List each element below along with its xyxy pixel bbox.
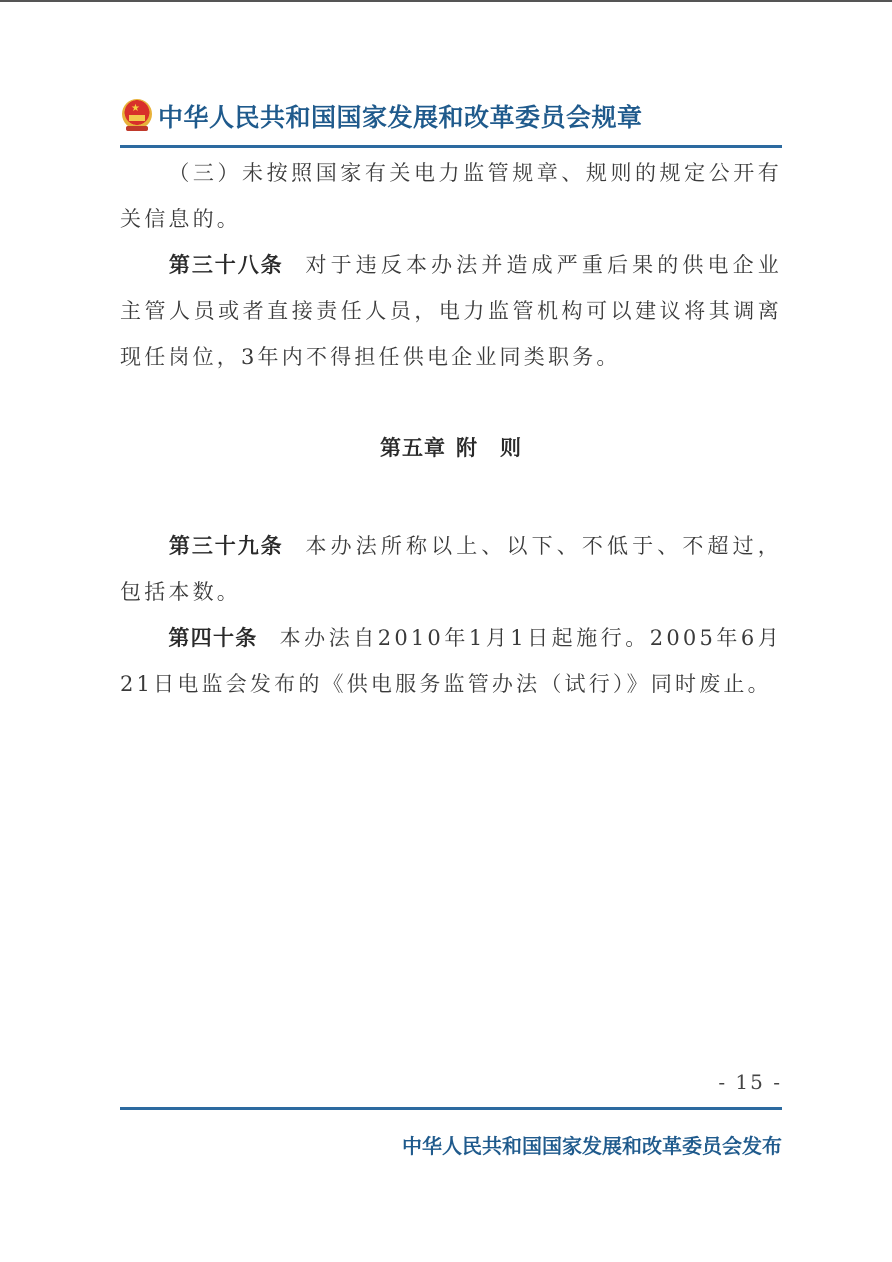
chapter-title-part2: 则 <box>500 436 522 460</box>
item-3-text: （三）未按照国家有关电力监管规章、规则的规定公开有关信息的。 <box>120 161 782 231</box>
document-header: ★ 中华人民共和国国家发展和改革委员会规章 <box>120 96 643 136</box>
page-number: - 15 - <box>718 1070 782 1094</box>
header-title: 中华人民共和国国家发展和改革委员会规章 <box>158 98 643 134</box>
article-39-label: 第三十九条 <box>168 534 284 558</box>
chapter-heading: 第五章附则 <box>120 432 782 462</box>
article-40-paragraph: 第四十条本办法自2010年1月1日起施行。2005年6月21日电监会发布的《供电… <box>120 615 782 707</box>
header-divider <box>120 145 782 148</box>
chapter-title-part1: 附 <box>456 436 478 460</box>
page-top-edge <box>0 0 892 2</box>
article-38-label: 第三十八条 <box>168 253 284 277</box>
article-40-label: 第四十条 <box>168 626 258 650</box>
footer-publisher: 中华人民共和国国家发展和改革委员会发布 <box>402 1130 782 1159</box>
footer-divider <box>120 1107 782 1110</box>
article-38-paragraph: 第三十八条对于违反本办法并造成严重后果的供电企业主管人员或者直接责任人员，电力监… <box>120 242 782 380</box>
article-39-paragraph: 第三十九条本办法所称以上、以下、不低于、不超过，包括本数。 <box>120 523 782 615</box>
chapter-label: 第五章 <box>380 436 446 460</box>
national-emblem-icon: ★ <box>120 99 154 133</box>
item-3-paragraph: （三）未按照国家有关电力监管规章、规则的规定公开有关信息的。 <box>120 150 782 242</box>
